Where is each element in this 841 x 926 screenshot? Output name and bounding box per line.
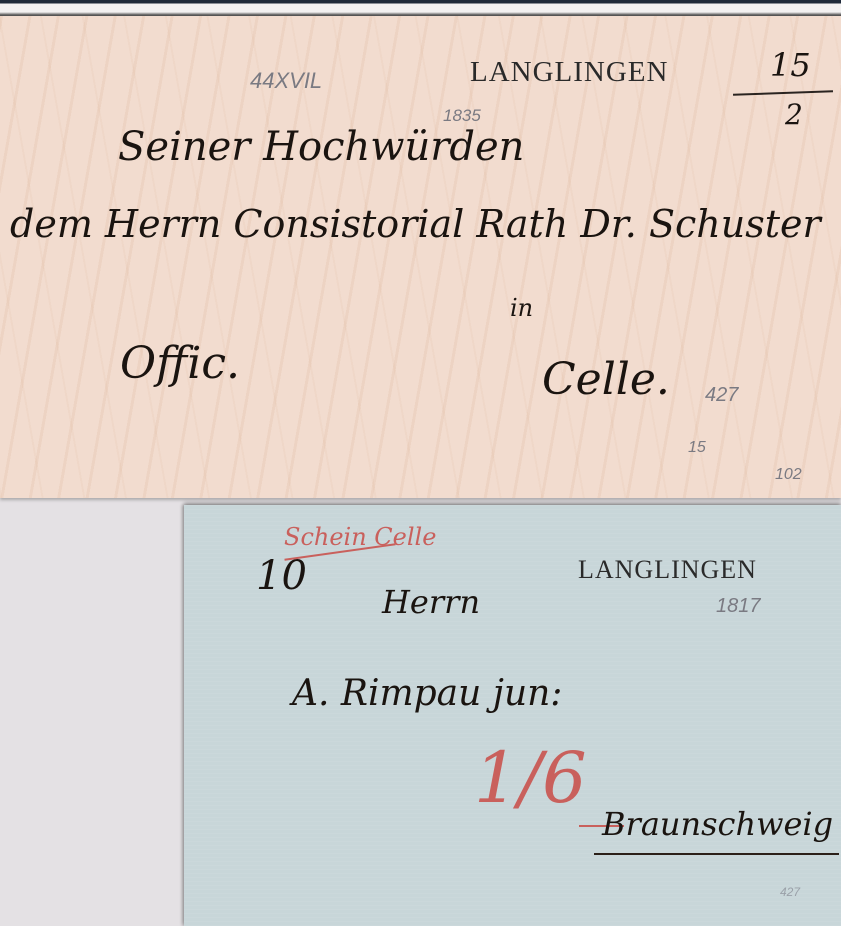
pencil-year: 1835	[443, 106, 481, 126]
destination-city: Braunschweig	[602, 805, 833, 843]
postage-rate-bottom: 2	[785, 98, 803, 131]
address-recipient: A. Rimpau jun:	[292, 673, 562, 714]
official-endorsement: Offic.	[120, 338, 240, 389]
address-recipient: dem Herrn Consistorial Rath Dr. Schuster	[10, 202, 821, 246]
pencil-note: 427	[705, 384, 738, 407]
pencil-year: 1817	[716, 595, 761, 618]
rate-divider-line	[733, 90, 833, 95]
address-salutation: Seiner Hochwürden	[118, 124, 524, 170]
destination-underline	[594, 853, 839, 855]
pencil-reference: 44XVIL	[250, 68, 322, 94]
destination-city: Celle.	[542, 354, 670, 405]
letter-1817: 10 Schein Celle LANGLINGEN 1817 Herrn A.…	[184, 505, 841, 926]
red-crossed-note: Schein Celle	[284, 523, 436, 551]
letter-1835: LANGLINGEN 15 2 44XVIL 1835 Seiner Hochw…	[0, 16, 841, 498]
address-salutation: Herrn	[382, 583, 480, 621]
postage-rate: 10	[256, 553, 307, 599]
postmark-langlingen: LANGLINGEN	[578, 555, 757, 585]
pencil-note: 15	[688, 439, 706, 457]
pencil-corner-note: 427	[780, 885, 800, 899]
postage-rate-top: 15	[770, 46, 811, 84]
address-in: in	[510, 294, 533, 322]
postmark-langlingen: LANGLINGEN	[470, 56, 668, 89]
top-edge-strip	[0, 0, 841, 16]
pencil-note: 102	[775, 466, 802, 484]
red-rate-marking: 1/6	[474, 737, 587, 819]
